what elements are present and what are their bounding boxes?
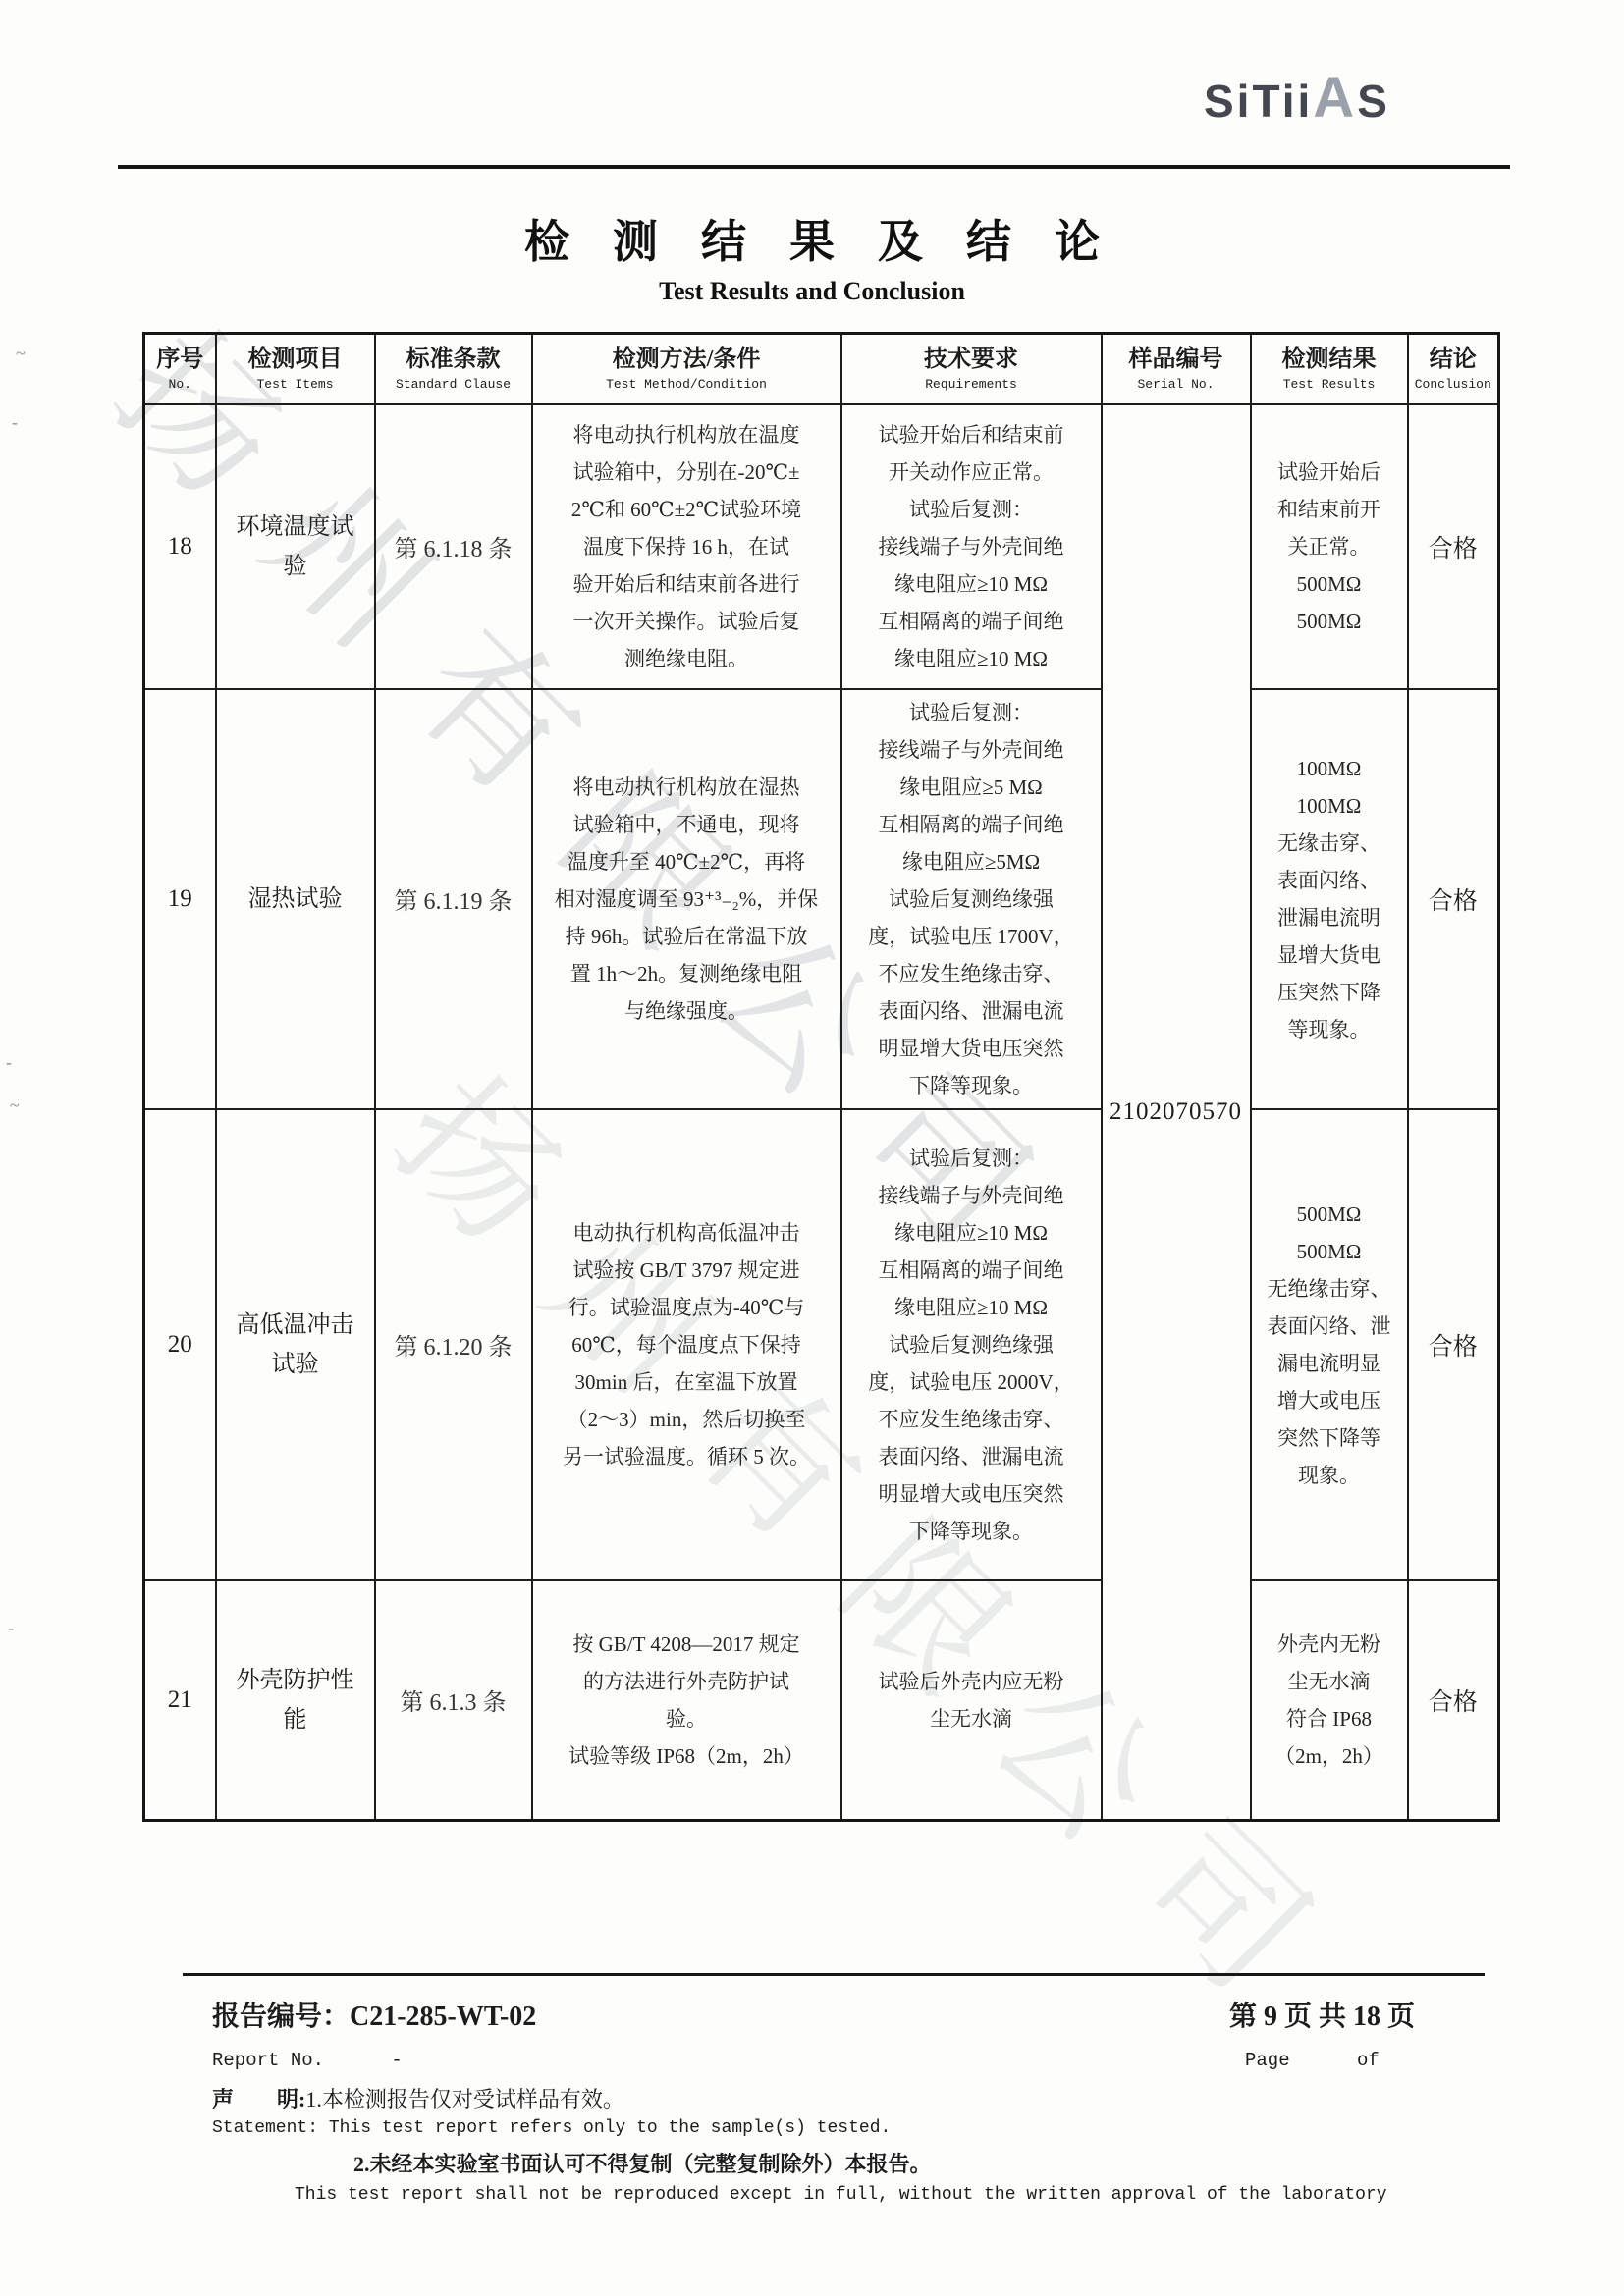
row18-method: 将电动执行机构放在温度 试验箱中，分别在-20℃± 2℃和 60℃±2℃试验环境… (532, 404, 841, 689)
statement-line-1-en: Statement: This test report refers only … (212, 2118, 891, 2138)
row21-no: 21 (144, 1580, 216, 1821)
scan-artifact: ~ (10, 1095, 20, 1116)
header-divider (118, 165, 1510, 169)
row18-item: 环境温度试 验 (216, 404, 375, 689)
row19-no: 19 (144, 689, 216, 1109)
sitiias-logo: SiTiiAS (1204, 65, 1390, 131)
table-header-row: 序号No. 检测项目Test Items 标准条款Standard Clause… (144, 334, 1499, 404)
row19-method: 将电动执行机构放在湿热 试验箱中，不通电，现将 温度升至 40℃±2℃，再将 相… (532, 689, 841, 1109)
header-no: 序号No. (144, 334, 216, 404)
header-no-zh: 序号 (151, 344, 209, 375)
scan-artifact: - (12, 412, 18, 433)
header-conclusion: 结论Conclusion (1408, 334, 1499, 404)
statement-line-2-en: This test report shall not be reproduced… (295, 2185, 1387, 2205)
page-indicator-zh: 第 9 页 共 18 页 (1229, 1995, 1415, 2034)
row21-item: 外壳防护性 能 (216, 1580, 375, 1821)
table-row-21: 21 外壳防护性 能 第 6.1.3 条 按 GB/T 4208—2017 规定… (144, 1580, 1499, 1821)
row18-conclusion: 合格 (1408, 404, 1499, 689)
statement-line-2: 2.未经本实验室书面认可不得复制（完整复制除外）本报告。 (353, 2148, 932, 2178)
header-test-results-en: Test Results (1258, 375, 1401, 395)
row21-method: 按 GB/T 4208—2017 规定 的方法进行外壳防护试 验。 试验等级 I… (532, 1580, 841, 1821)
logo-part-1: SiTii (1204, 76, 1313, 127)
header-requirements-zh: 技术要求 (848, 344, 1095, 375)
row18-no: 18 (144, 404, 216, 689)
header-serial-no: 样品编号Serial No. (1102, 334, 1251, 404)
row20-no: 20 (144, 1109, 216, 1580)
row20-results: 500MΩ 500MΩ 无绝缘击穿、 表面闪络、泄 漏电流明显 增大或电压 突然… (1251, 1109, 1408, 1580)
header-test-results-zh: 检测结果 (1258, 344, 1401, 375)
header-requirements: 技术要求Requirements (841, 334, 1102, 404)
header-standard-clause: 标准条款Standard Clause (375, 334, 532, 404)
header-test-method-en: Test Method/Condition (539, 375, 835, 395)
report-number-en: Report No. - (212, 2050, 403, 2071)
header-serial-no-en: Serial No. (1109, 375, 1244, 395)
table-row-19: 19 湿热试验 第 6.1.19 条 将电动执行机构放在湿热 试验箱中，不通电，… (144, 689, 1499, 1109)
header-test-items-en: Test Items (223, 375, 368, 395)
row20-method: 电动执行机构高低温冲击 试验按 GB/T 3797 规定进 行。试验温度点为-4… (532, 1109, 841, 1580)
row20-item: 高低温冲击 试验 (216, 1109, 375, 1580)
row19-clause: 第 6.1.19 条 (375, 689, 532, 1109)
report-number: 报告编号：C21-285-WT-02 (212, 1995, 536, 2034)
header-conclusion-zh: 结论 (1415, 344, 1492, 375)
scan-artifact: ~ (16, 344, 26, 364)
header-test-method-zh: 检测方法/条件 (539, 344, 835, 375)
statement-line-1: 声 明:1.本检测报告仅对受试样品有效。 (212, 2083, 624, 2113)
footer-divider (183, 1973, 1485, 1976)
row19-item: 湿热试验 (216, 689, 375, 1109)
row19-conclusion: 合格 (1408, 689, 1499, 1109)
page-title: 检测结果及结论 (0, 206, 1624, 271)
row20-conclusion: 合格 (1408, 1109, 1499, 1580)
logo-part-3: S (1357, 76, 1390, 127)
test-results-table: 序号No. 检测项目Test Items 标准条款Standard Clause… (142, 332, 1500, 1822)
row18-requirements: 试验开始后和结束前 开关动作应正常。 试验后复测： 接线端子与外壳间绝 缘电阻应… (841, 404, 1102, 689)
scan-artifact: - (8, 1618, 14, 1638)
logo-part-2: A (1313, 66, 1357, 130)
row20-requirements: 试验后复测： 接线端子与外壳间绝 缘电阻应≥10 MΩ 互相隔离的端子间绝 缘电… (841, 1109, 1102, 1580)
row19-results: 100MΩ 100MΩ 无缘击穿、 表面闪络、 泄漏电流明 显增大货电 压突然下… (1251, 689, 1408, 1109)
report-page: SiTiiAS 扬州有限公司 扬州有限公司 检测结果及结论 Test Resul… (0, 0, 1624, 2296)
row21-results: 外壳内无粉 尘无水滴 符合 IP68 （2m，2h） (1251, 1580, 1408, 1821)
row21-requirements: 试验后外壳内应无粉 尘无水滴 (841, 1580, 1102, 1821)
statement-1-text: 1.本检测报告仅对受试样品有效。 (305, 2087, 624, 2111)
header-test-results: 检测结果Test Results (1251, 334, 1408, 404)
row18-clause: 第 6.1.18 条 (375, 404, 532, 689)
table-row-20: 20 高低温冲击 试验 第 6.1.20 条 电动执行机构高低温冲击 试验按 G… (144, 1109, 1499, 1580)
header-requirements-en: Requirements (848, 375, 1095, 395)
header-standard-clause-en: Standard Clause (382, 375, 525, 395)
row18-results: 试验开始后 和结束前开 关正常。 500MΩ 500MΩ (1251, 404, 1408, 689)
header-serial-no-zh: 样品编号 (1109, 344, 1244, 375)
header-test-items-zh: 检测项目 (223, 344, 368, 375)
header-conclusion-en: Conclusion (1415, 375, 1492, 395)
header-no-en: No. (151, 375, 209, 395)
page-indicator-en: Page of (1245, 2050, 1380, 2071)
statement-label: 声 明: (212, 2087, 305, 2111)
row21-clause: 第 6.1.3 条 (375, 1580, 532, 1821)
serial-no-cell: 2102070570 (1102, 404, 1251, 1821)
scan-artifact: - (6, 1052, 12, 1073)
header-test-method: 检测方法/条件Test Method/Condition (532, 334, 841, 404)
page-subtitle: Test Results and Conclusion (0, 277, 1624, 306)
row19-requirements: 试验后复测： 接线端子与外壳间绝 缘电阻应≥5 MΩ 互相隔离的端子间绝 缘电阻… (841, 689, 1102, 1109)
row20-clause: 第 6.1.20 条 (375, 1109, 532, 1580)
header-standard-clause-zh: 标准条款 (382, 344, 525, 375)
table-row-18: 18 环境温度试 验 第 6.1.18 条 将电动执行机构放在温度 试验箱中，分… (144, 404, 1499, 689)
row21-conclusion: 合格 (1408, 1580, 1499, 1821)
header-test-items: 检测项目Test Items (216, 334, 375, 404)
